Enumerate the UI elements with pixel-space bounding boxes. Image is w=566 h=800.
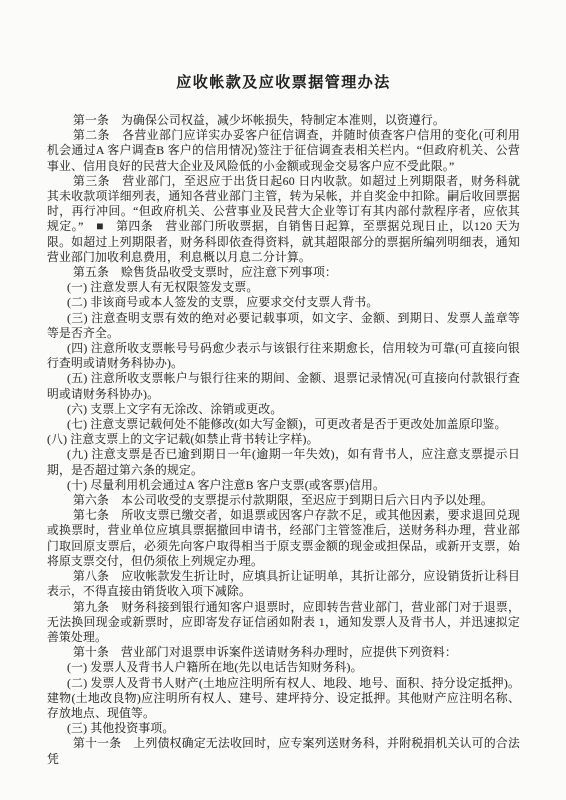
paragraph: (三) 其他投资事项。 [47,721,520,736]
paragraph: (十) 尽量利用机会通过A 客户注意B 客户支票(或客票)信用。 [47,478,520,493]
paragraph: (五) 注意所收支票帐户与银行往来的期间、金额、退票记录情况(可直接向付款银行查… [47,371,520,401]
paragraph: (二) 非该商号或本人签发的支票，应要求交付支票人背书。 [47,295,520,310]
paragraph: (九) 注意支票是否已逾到期日一年(逾期一年失效)，如有背书人，应注意支票提示日… [47,447,520,477]
paragraph: (四) 注意所收支票帐号号码愈少表示与该银行往来期愈长，信用较为可靠(可直接向银… [47,341,520,371]
paragraph: 第五条 赊售货品收受支票时，应注意下列事项： [47,265,520,280]
scanned-document-page: 应收帐款及应收票据管理办法 第一条 为确保公司权益，减少坏帐损失，特制定本准则，… [0,0,566,800]
paragraph: (二) 发票人及背书人财产(土地应注明所有权人、地段、地号、面积、持分设定抵押)… [47,676,520,722]
paragraph: 第三条 营业部门，至迟应于出货日起60 日内收款。如超过上列期限者，财务科就其未… [47,174,520,265]
paragraph: 第二条 各营业部门应详实办妥客户征信调查，并随时侦查客户信用的变化(可利用机会通… [47,128,520,174]
paragraph: (三) 注意查明支票有效的绝对必要记载事项，如文字、金额、到期日、发票人盖章等等… [47,311,520,341]
paragraph: 第七条 所收支票已缴交者，如退票或因客户存款不足，或其他因素，要求退回兑现或换票… [47,508,520,569]
paragraph: 第九条 财务科接到银行通知客户退票时，应即转告营业部门，营业部门对于退票，无法换… [47,600,520,646]
paragraph: 第十一条 上列债权确定无法收回时，应专案列送财务科，并附税捐机关认可的合法凭 [47,736,520,766]
paragraph: (六) 支票上文字有无涂改、涂销或更改。 [47,402,520,417]
paragraph: 第六条 本公司收受的支票提示付款期限，至迟应于到期日后六日内予以处理。 [47,493,520,508]
paragraph: (一) 发票人及背书人户籍所在地(先以电话告知财务科)。 [47,660,520,675]
paragraph: 第八条 应收帐款发生折让时，应填具折让证明单，其折让部分，应设销货折让科目表示，… [47,569,520,599]
paragraph: 第一条 为确保公司权益，减少坏帐损失，特制定本准则，以资遵行。 [47,113,520,128]
paragraph: (一) 注意发票人有无权限签发支票。 [47,280,520,295]
page-title: 应收帐款及应收票据管理办法 [47,71,520,92]
paragraph: 第十条 营业部门对退票申诉案件送请财务科办理时，应提供下列资料： [47,645,520,660]
paragraph: (七) 注意支票记载何处不能修改(如大写金额)，可更改者是否于更改处加盖原印鉴。 [47,417,520,432]
paragraph: (八) 注意支票上的文字记载(如禁止背书转让字样)。 [47,432,520,447]
document-body: 第一条 为确保公司权益，减少坏帐损失，特制定本准则，以资遵行。第二条 各营业部门… [47,113,520,767]
